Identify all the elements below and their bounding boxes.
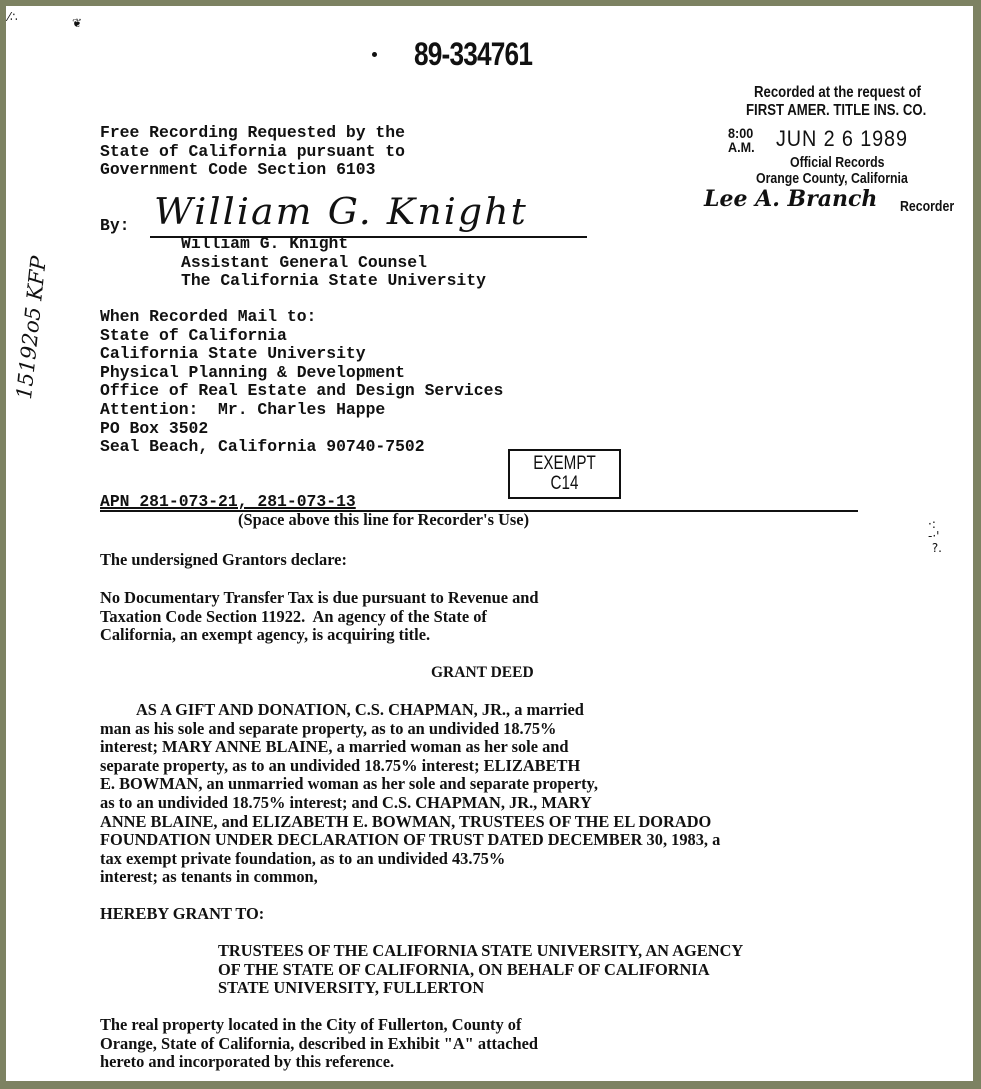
text-line: The real property located in the City of… [100,1016,538,1035]
text-line: State of California pursuant to [100,143,405,162]
text-line: State of California [100,327,503,346]
grant-deed-heading: GRANT DEED [431,664,534,682]
text-line: PO Box 3502 [100,420,503,439]
text-line: interest; as tenants in common, [100,868,720,887]
text-line: Orange, State of California, described i… [100,1035,538,1054]
stamp-line-1: Recorded at the request of [754,84,921,102]
text-line: Physical Planning & Development [100,364,503,383]
text-line: Attention: Mr. Charles Happe [100,401,503,420]
mail-to-block: When Recorded Mail to:State of Californi… [100,308,503,457]
text-line: AS A GIFT AND DONATION, C.S. CHAPMAN, JR… [100,701,720,720]
text-line: interest; MARY ANNE BLAINE, a married wo… [100,738,720,757]
text-line: No Documentary Transfer Tax is due pursu… [100,589,539,608]
grantee-block: TRUSTEES OF THE CALIFORNIA STATE UNIVERS… [218,942,743,998]
scan-speck: ·:-·' ?. [928,518,942,554]
signer-block: William G. KnightAssistant General Couns… [181,235,486,291]
text-line: ANNE BLAINE, and ELIZABETH E. BOWMAN, TR… [100,813,720,832]
text-line: California State University [100,345,503,364]
gift-paragraph: AS A GIFT AND DONATION, C.S. CHAPMAN, JR… [100,701,720,887]
scan-speck: ⁄∴ [8,10,18,24]
stamp-date: JUN 2 6 1989 [776,126,908,152]
handwritten-signature: William G. Knight [154,192,528,233]
stamp-line-5: Orange County, California [756,171,908,187]
text-line: tax exempt private foundation, as to an … [100,850,720,869]
exempt-stamp: EXEMPT C14 [508,449,621,499]
exempt-line-1: EXEMPT [521,453,608,475]
text-line: E. BOWMAN, an unmarried woman as her sol… [100,775,720,794]
hereby-grant-to: HEREBY GRANT TO: [100,905,264,924]
text-line: STATE UNIVERSITY, FULLERTON [218,979,743,998]
text-line: Seal Beach, California 90740-7502 [100,438,503,457]
free-recording-block: Free Recording Requested by theState of … [100,124,405,180]
text-line: Taxation Code Section 11922. An agency o… [100,608,539,627]
stamp-role: Recorder [900,199,954,215]
text-line: Government Code Section 6103 [100,161,405,180]
text-line: as to an undivided 18.75% interest; and … [100,794,720,813]
text-line: TRUSTEES OF THE CALIFORNIA STATE UNIVERS… [218,942,743,961]
signer-org: The California State University [181,272,486,291]
deed-page: ⁄∴ ❦ ·:-·' ?. 89-334761 Recorded at the … [6,6,973,1081]
side-annotation: 15192o5 KFP [12,255,51,401]
scan-speck: ❦ [72,16,82,30]
no-tax-paragraph: No Documentary Transfer Tax is due pursu… [100,589,539,645]
apn-numbers: APN 281-073-21, 281-073-13 [100,493,356,512]
text-line: Free Recording Requested by the [100,124,405,143]
signer-name: William G. Knight [181,235,486,254]
text-line: When Recorded Mail to: [100,308,503,327]
text-line: California, an exempt agency, is acquiri… [100,626,539,645]
real-property-paragraph: The real property located in the City of… [100,1016,538,1072]
text-line: hereto and incorporated by this referenc… [100,1053,538,1072]
text-line: Office of Real Estate and Design Service… [100,382,503,401]
by-label: By: [100,217,130,236]
recorder-space-note: (Space above this line for Recorder's Us… [238,511,529,530]
signer-title: Assistant General Counsel [181,254,486,273]
exempt-line-2: C14 [521,473,608,495]
grantors-declare: The undersigned Grantors declare: [100,551,347,570]
text-line: man as his sole and separate property, a… [100,720,720,739]
stamp-ampm: A.M. [728,139,755,155]
scan-dot [372,52,377,57]
stamp-time: 8:00A.M. [728,126,755,154]
text-line: separate property, as to an undivided 18… [100,757,720,776]
recording-number: 89-334761 [414,36,532,73]
text-line: FOUNDATION UNDER DECLARATION OF TRUST DA… [100,831,720,850]
text-line: OF THE STATE OF CALIFORNIA, ON BEHALF OF… [218,961,743,980]
stamp-line-2: FIRST AMER. TITLE INS. CO. [746,102,926,120]
recorder-signature: Lee A. Branch [704,186,877,212]
stamp-line-4: Official Records [790,155,885,171]
